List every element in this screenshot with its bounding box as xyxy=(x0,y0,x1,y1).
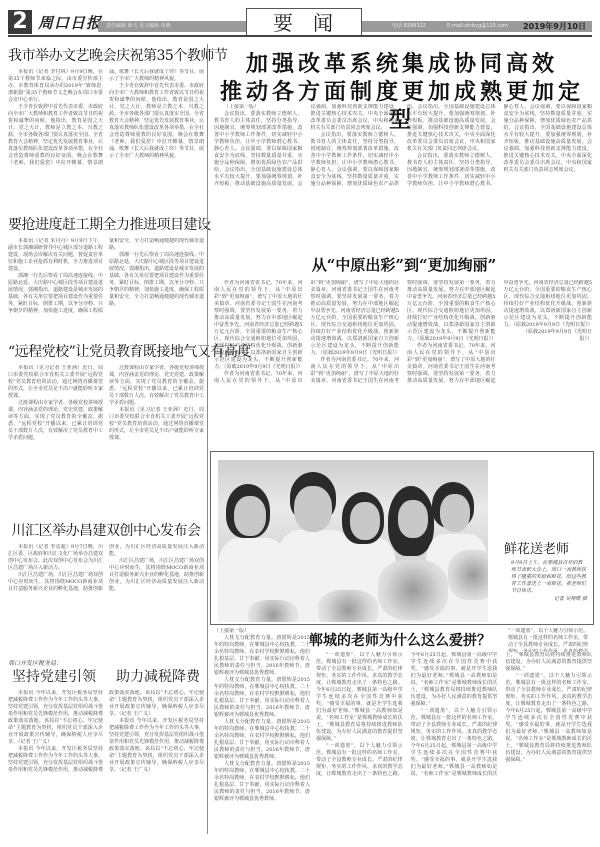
teachers-with-flowers-photo xyxy=(218,460,488,622)
bottom-story-left-column: （上接第一版） 人枕戈分配教育力量。唐银辉是2015年的特岗教师，在郸城县中心校… xyxy=(214,628,310,838)
second-headline: 从“中原出彩”到“更加绚丽” xyxy=(214,254,594,275)
photo-title: 鲜花送老师 xyxy=(504,538,569,557)
photo-figure xyxy=(350,502,380,540)
bottom-story-body: “一训遗墨”，以个人魅力引领示范。郸城县有一批这样的名师工作室，带动了全县教师专… xyxy=(316,652,592,838)
headline: “远程党校”让党员教育既接地气又有高度 xyxy=(8,342,204,362)
article-body: 本报讯（记者 朱丹丹）9月9日下午，副市长郭湘调研督导中心城区部分道路工程建设，… xyxy=(8,238,204,338)
contact-bar: 电话 8399322 E-mail:zkrbyg@126.com 2019年9月… xyxy=(362,21,592,32)
kicker: 周口开发区税务局： xyxy=(8,658,204,667)
editor-bar: 责任编辑 耿天 见习编辑 周燕 xyxy=(98,21,246,32)
article-body: 本报讯 今年以来，开发区税务局坚持把减税降费工作作为今年工作的头等大事，坚持党建… xyxy=(8,690,204,830)
continued-from: （上接第一版） xyxy=(214,628,310,635)
headline-part-b: 助力减税降费 xyxy=(116,667,200,687)
issue-date: 2019年9月10日 xyxy=(523,21,586,32)
bottom-story-right-top: “一训遗墨”，以个人魅力引领示范。郸城县有一批这样的名师工作室，带动了全县教师专… xyxy=(508,628,592,652)
photo-figure xyxy=(398,500,428,538)
section-label: 要闻 xyxy=(246,8,362,36)
headline: 坚持党建引领 助力减税降费 xyxy=(8,667,204,687)
masthead: 2 周口日报 责任编辑 耿天 见习编辑 周燕 要闻 电话 8399322 E-m… xyxy=(8,8,592,34)
page-number: 2 xyxy=(8,10,32,34)
article-body: 本报讯（见习记者 王亚洲）近日，周口市委党校联合市直机关工委开展“远程党校”党员… xyxy=(8,365,204,517)
article-tax-reduction: 周口开发区税务局： 坚持党建引领 助力减税降费 本报讯 今年以来，开发区税务局坚… xyxy=(8,658,204,830)
continued-from: （上接第一版） xyxy=(214,104,303,111)
newspaper-logo: 周口日报 xyxy=(38,12,102,33)
second-story-body: 作者为河南省委书记。70年来，河南人民在党的领导下，从“中原出彩”到“更加绚丽”… xyxy=(214,280,592,448)
photo-credit: 记者 吴翔鹭 摄 xyxy=(511,596,587,603)
hotline: 电话 8399322 xyxy=(392,21,426,32)
editor-line: 责任编辑 耿天 见习编辑 周燕 xyxy=(106,23,171,29)
email: E-mail:zkrbyg@126.com xyxy=(447,21,508,32)
headline: 要抢进度赶工期全力推进项目建设 xyxy=(8,215,204,235)
photo-figure xyxy=(294,486,332,532)
headline: 我市举办文艺晚会庆祝第35个教师节 xyxy=(8,46,204,66)
bouquet xyxy=(448,550,488,600)
column-divider xyxy=(207,44,208,834)
lead-story-body: （上接第一版） 会议指出，要落实教师立德树人、教书育人的主体责任，坚持分类指导、… xyxy=(214,104,592,226)
bouquet xyxy=(318,590,378,622)
masthead-rule xyxy=(8,35,592,37)
source-note: （原载2019年9月9日《光明日报》） xyxy=(504,329,593,343)
headline: 川汇区举办昌建双创中心发布会 xyxy=(8,521,204,541)
article-project-construction: 要抢进度赶工期全力推进项目建设 本报讯（记者 朱丹丹）9月9日下午，副市长郭湘调… xyxy=(8,215,204,338)
photo-figure xyxy=(234,496,266,536)
article-body: 本报讯（记者 李彦超）9月7日晚，川汇区委、区政府和川汇文化广场举办昌建双创中心… xyxy=(8,544,204,652)
bottom-headline: 郸城的老师为什么这么爱拼？ xyxy=(300,630,500,650)
article-body: 本报讯（记者 李付林）9月9日晚，在第35个教师节来临之际，由市委宣传部主办、市… xyxy=(8,69,204,211)
bouquet xyxy=(378,560,448,620)
article-teachers-day-gala: 我市举办文艺晚会庆祝第35个教师节 本报讯（记者 李付林）9月9日晚，在第35个… xyxy=(8,46,204,211)
article-remote-party-school: “远程党校”让党员教育既接地气又有高度 本报讯（见习记者 王亚洲）近日，周口市委… xyxy=(8,342,204,517)
photo-figure xyxy=(440,494,470,532)
photo-caption: 9月9日上午，在郸城县召开的教师节表彰大会上，周口一高教师获得了隆重的奖励和鲜花… xyxy=(511,560,587,603)
bouquet xyxy=(248,600,298,622)
headline-part-a: 坚持党建引领 xyxy=(12,667,96,687)
photo-feature: 鲜花送老师 9月9日上午，在郸城县召开的教师节表彰大会上，周口一高教师获得了隆重… xyxy=(210,451,594,625)
left-column: 我市举办文艺晚会庆祝第35个教师节 本报讯（记者 李付林）9月9日晚，在第35个… xyxy=(8,44,204,830)
article-chuanhui-launch: 川汇区举办昌建双创中心发布会 本报讯（记者 李彦超）9月7日晚，川汇区委、区政府… xyxy=(8,521,204,652)
